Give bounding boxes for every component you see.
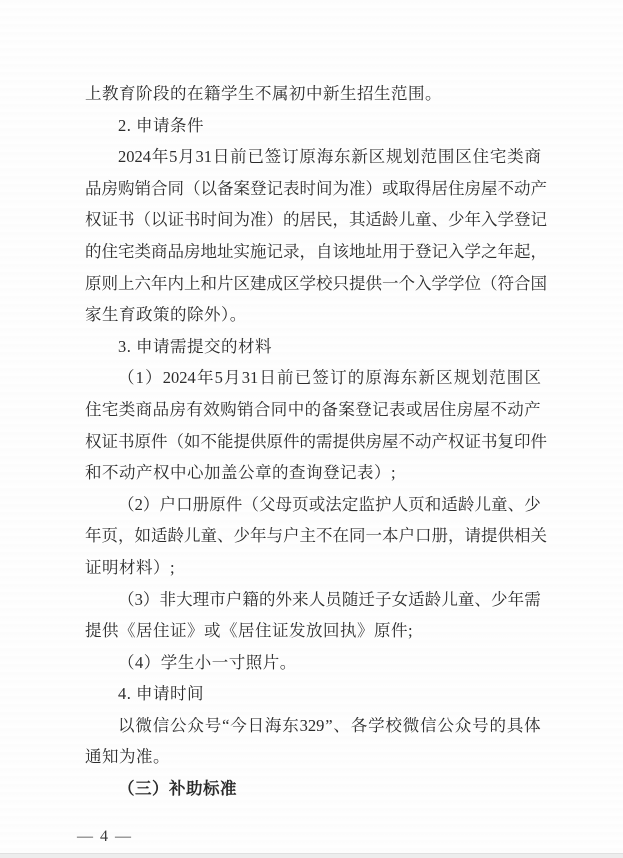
document-line: 提供《居住证》或《居住证发放回执》原件;: [85, 615, 541, 647]
document-line: 2024年5月31日前已签订原海东新区规划范围区住宅类商: [85, 141, 541, 173]
document-line: 4. 申请时间: [85, 678, 541, 710]
document-line: 权证书原件（如不能提供原件的需提供房屋不动产权证书复印件: [85, 426, 541, 458]
document-line: （4）学生小一寸照片。: [85, 647, 541, 679]
document-line: 权证书（以证书时间为准）的居民，其适龄儿童、少年入学登记: [85, 204, 541, 236]
document-page: 上教育阶段的在籍学生不属初中新生招生范围。2. 申请条件2024年5月31日前已…: [0, 0, 623, 858]
document-body: 上教育阶段的在籍学生不属初中新生招生范围。2. 申请条件2024年5月31日前已…: [85, 78, 541, 805]
document-line: 和不动产权中心加盖公章的查询登记表）;: [85, 457, 541, 489]
document-line: 上教育阶段的在籍学生不属初中新生招生范围。: [85, 78, 541, 110]
document-line: 品房购销合同（以备案登记表时间为准）或取得居住房屋不动产: [85, 173, 541, 205]
document-line: 家生育政策的除外）。: [85, 299, 541, 331]
document-line: 2. 申请条件: [85, 110, 541, 142]
document-line: 证明材料）;: [85, 552, 541, 584]
document-line: 的住宅类商品房地址实施记录，自该地址用于登记入学之年起，: [85, 236, 541, 268]
document-line: （1）2024年5月31日前已签订的原海东新区规划范围区: [85, 362, 541, 394]
document-line: （2）户口册原件（父母页或法定监护人页和适龄儿童、少: [85, 489, 541, 521]
document-line: 住宅类商品房有效购销合同中的备案登记表或居住房屋不动产: [85, 394, 541, 426]
document-line: 原则上六年内上和片区建成区学校只提供一个入学学位（符合国: [85, 268, 541, 300]
document-line: （3）非大理市户籍的外来人员随迁子女适龄儿童、少年需: [85, 584, 541, 616]
document-line: 以微信公众号“今日海东329”、各学校微信公众号的具体: [85, 710, 541, 742]
page-bottom-edge: [0, 853, 623, 858]
document-line: 年页，如适龄儿童、少年与户主不在同一本户口册，请提供相关: [85, 520, 541, 552]
document-line: 通知为准。: [85, 741, 541, 773]
document-line: （三）补助标准: [85, 773, 541, 805]
page-number: — 4 —: [77, 827, 133, 847]
document-line: 3. 申请需提交的材料: [85, 331, 541, 363]
